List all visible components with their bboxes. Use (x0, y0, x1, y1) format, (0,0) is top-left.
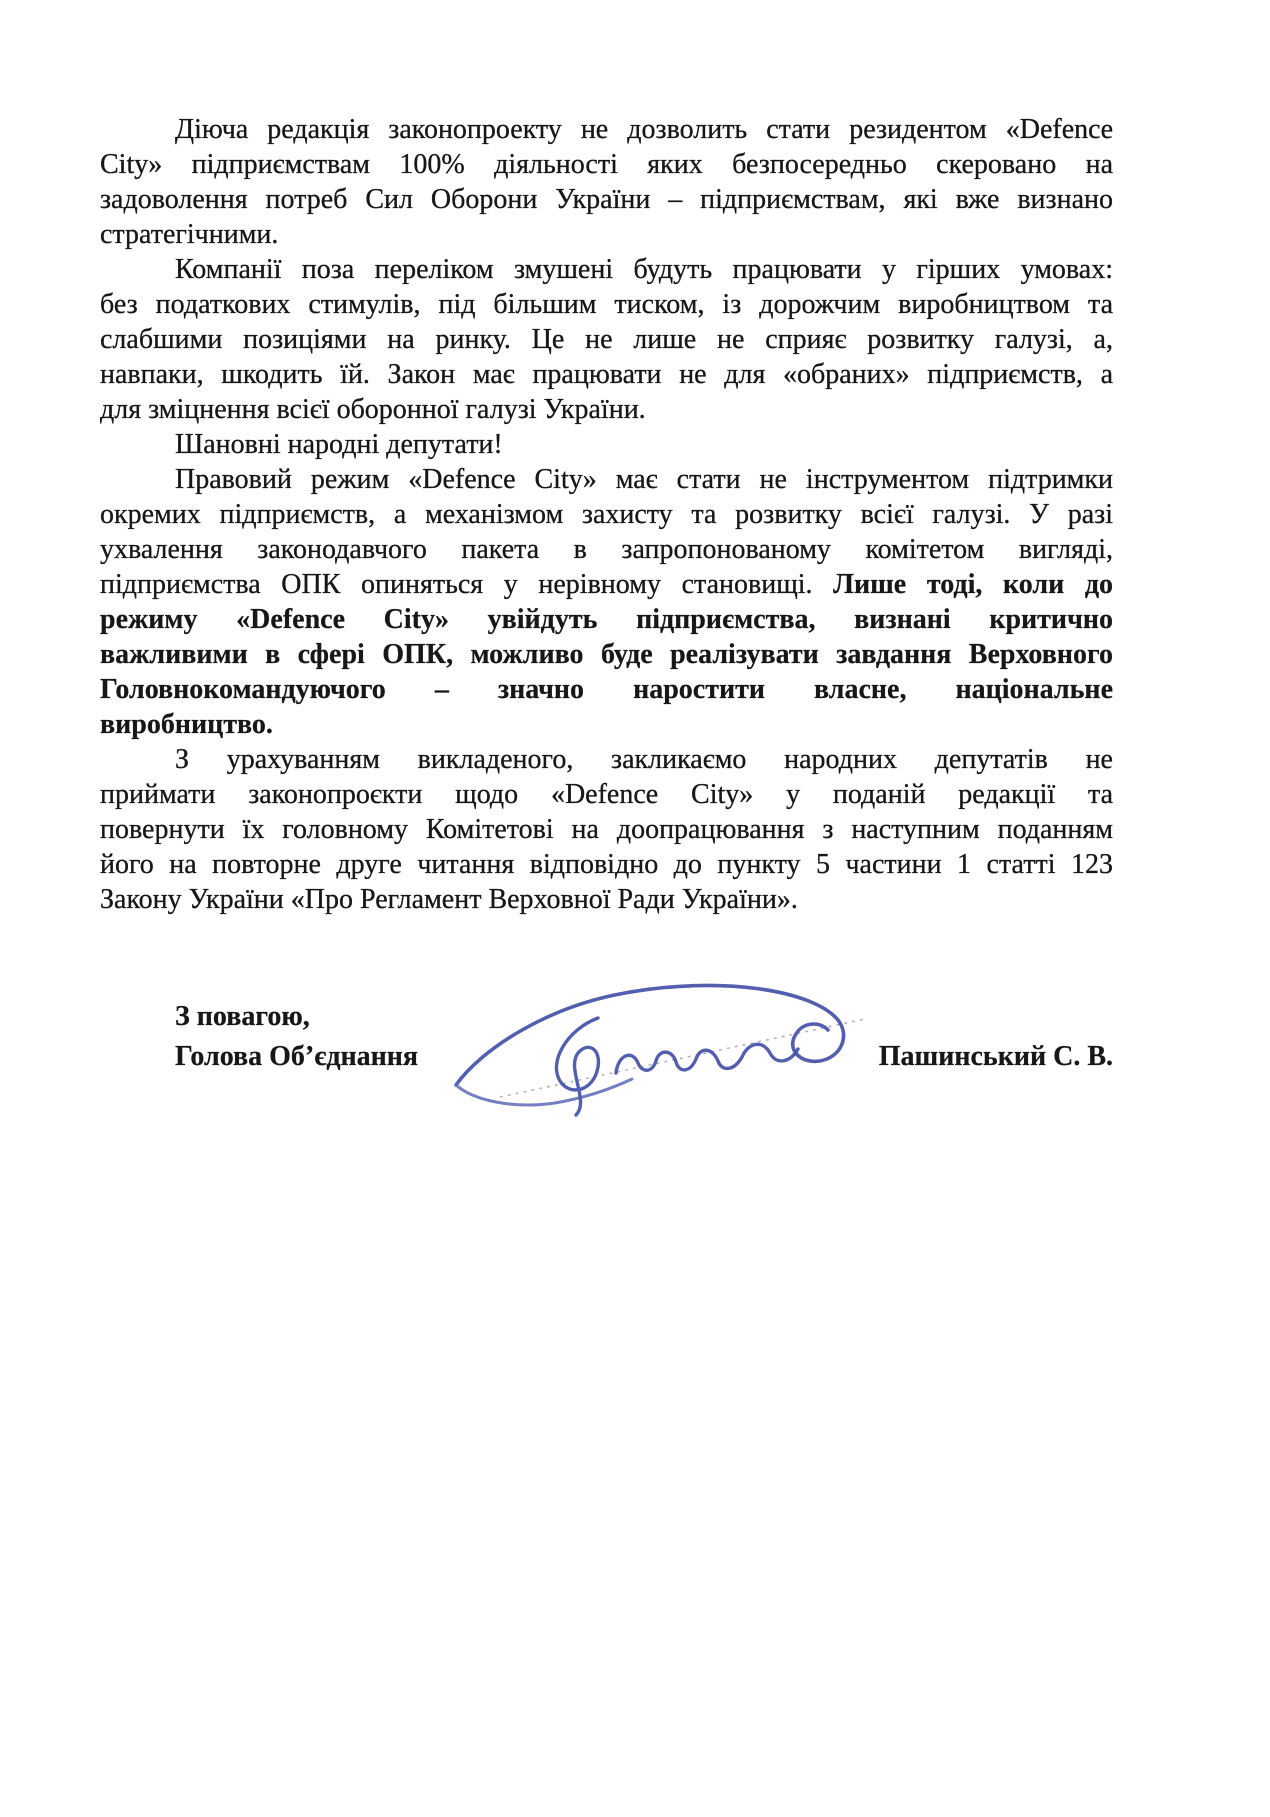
text-line: без податкових стимулів, під більшим тис… (100, 287, 1113, 322)
closing-block: З повагою, Голова Об’єднання Пашинський … (100, 997, 1113, 1077)
text-line: З урахуванням викладеного, закликаємо на… (100, 742, 1113, 777)
text-line: приймати законопроєкти щодо «Defence Cit… (100, 777, 1113, 812)
text-line: задоволення потреб Сил Оборони України –… (100, 182, 1113, 217)
closing-signer-name: Пашинський С. В. (879, 1037, 1113, 1077)
text-line: виробництво. (100, 707, 1113, 742)
text-line: повернути їх головному Комітетові на доо… (100, 812, 1113, 847)
text-line: важливими в сфері ОПК, можливо буде реал… (100, 637, 1113, 672)
text-line: для зміцнення всієї оборонної галузі Укр… (100, 392, 1113, 427)
signature-stroke (456, 1079, 632, 1105)
text-line: Правовий режим «Defence City» має стати … (100, 462, 1113, 497)
text-line: Діюча редакція законопроекту не дозволит… (100, 112, 1113, 147)
letter-body: Діюча редакція законопроекту не дозволит… (100, 112, 1113, 917)
document-page: Діюча редакція законопроекту не дозволит… (0, 0, 1270, 1817)
closing-signer-title: Голова Об’єднання (175, 1037, 418, 1077)
text-line: його на повторне друге читання відповідн… (100, 847, 1113, 882)
text-line: слабшими позиціями на ринку. Це не лише … (100, 322, 1113, 357)
text-line: режиму «Defence City» увійдуть підприємс… (100, 602, 1113, 637)
closing-salutation: З повагою, (100, 997, 1113, 1037)
text-line: City» підприємствам 100% діяльності яких… (100, 147, 1113, 182)
text-line: Головнокомандуючого – значно наростити в… (100, 672, 1113, 707)
text-line: підприємства ОПК опиняться у нерівному с… (100, 567, 1113, 602)
text-line: ухвалення законодавчого пакета в запропо… (100, 532, 1113, 567)
text-line: Компанії поза переліком змушені будуть п… (100, 252, 1113, 287)
text-line: Закону України «Про Регламент Верховної … (100, 882, 1113, 917)
text-line: стратегічними. (100, 217, 1113, 252)
text-line: окремих підприємств, а механізмом захист… (100, 497, 1113, 532)
text-line: Шановні народні депутати! (100, 427, 1113, 462)
letter-content: Діюча редакція законопроекту не дозволит… (100, 112, 1113, 1077)
text-line: навпаки, шкодить їй. Закон має працювати… (100, 357, 1113, 392)
